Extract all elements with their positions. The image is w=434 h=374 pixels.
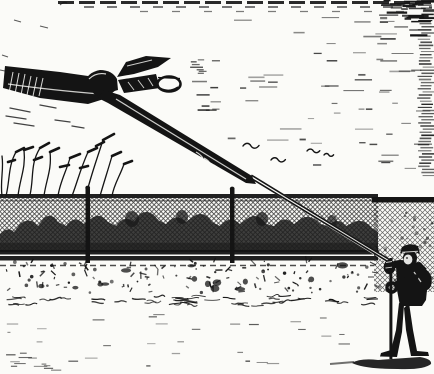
scrub-mark [37, 281, 38, 287]
fence-post-cap [230, 187, 235, 192]
scrub-dot [30, 275, 34, 279]
scrub-dot [329, 280, 331, 282]
scrub-dot [311, 292, 313, 294]
fence-post [230, 190, 235, 263]
scrub-dot [28, 279, 31, 282]
scrub-mark [128, 284, 129, 287]
scrub-dot [261, 270, 265, 274]
scrub-dot [200, 291, 203, 294]
scrub-dot [299, 277, 301, 279]
scrub-dot [267, 263, 270, 266]
grass-scribble [8, 304, 19, 305]
scrub-dot [365, 265, 368, 268]
scrub-blob [192, 276, 197, 282]
scrub-mark [54, 277, 55, 279]
scrub-dot [98, 280, 101, 283]
scrub-dot [63, 262, 66, 265]
scrub-blob [187, 264, 195, 267]
scrub-dot [174, 266, 176, 268]
scrub-dot [357, 286, 360, 289]
scrub-dot [351, 271, 354, 274]
engraving-figure [0, 0, 434, 374]
fence-post [86, 189, 91, 263]
scrub-dot [68, 282, 70, 284]
chainlink-mesh-left [0, 198, 378, 252]
scrub-mark [149, 291, 153, 292]
fence-top-rail [0, 194, 378, 198]
scrub-dot [46, 284, 49, 287]
scrub-dot [356, 290, 358, 292]
scene-svg [0, 0, 434, 374]
fence-post-cap [85, 186, 90, 191]
scrub-dot [71, 273, 75, 277]
scrub-dot [287, 287, 290, 290]
scrub-dot [194, 262, 197, 265]
scrub-mark [19, 271, 20, 277]
scrub-dot [342, 275, 345, 278]
scrub-dot [137, 281, 139, 283]
scrub-dot [89, 291, 92, 294]
scrub-dot [13, 260, 17, 264]
scrub-blob [38, 284, 44, 288]
scrub-dot [93, 268, 97, 272]
scrub-dot [110, 280, 114, 284]
scrub-dot [264, 261, 265, 262]
scrub-dot [283, 271, 286, 274]
scrub-dot [292, 289, 294, 291]
scrub-dot [50, 264, 53, 267]
scrub-dot [145, 268, 148, 271]
scrub-mark [294, 271, 295, 274]
scrub-mark [226, 277, 229, 278]
scrub-blob [72, 286, 78, 290]
scrub-dot [23, 265, 25, 267]
scrub-mark [212, 286, 213, 289]
scrub-dot [214, 271, 216, 273]
scrub-dot [309, 287, 311, 289]
scrub-dot [347, 274, 349, 276]
scrub-dot [203, 265, 205, 267]
scrub-dot [213, 282, 215, 284]
scrub-mark [56, 285, 59, 286]
person-face [404, 255, 413, 265]
scrub-mark [157, 269, 158, 276]
scrub-dot [357, 273, 360, 276]
scrub-mark [145, 277, 150, 278]
scrub-dot [122, 286, 124, 288]
scrub-mark [42, 282, 43, 288]
fence-right-rail [372, 197, 434, 203]
scrub-dot [175, 275, 177, 277]
scrub-blob [243, 279, 248, 285]
scrub-mark [238, 291, 245, 292]
scrub-dot [195, 268, 197, 270]
scrub-dot [319, 288, 322, 291]
scrub-dot [259, 288, 261, 290]
scrub-blob [121, 268, 131, 272]
scrub-blob [337, 262, 348, 268]
scrub-dot [25, 284, 29, 288]
scrub-mark [6, 269, 7, 271]
paper-background [0, 0, 434, 374]
person-eye [406, 257, 408, 259]
scrub-dot [267, 269, 269, 271]
